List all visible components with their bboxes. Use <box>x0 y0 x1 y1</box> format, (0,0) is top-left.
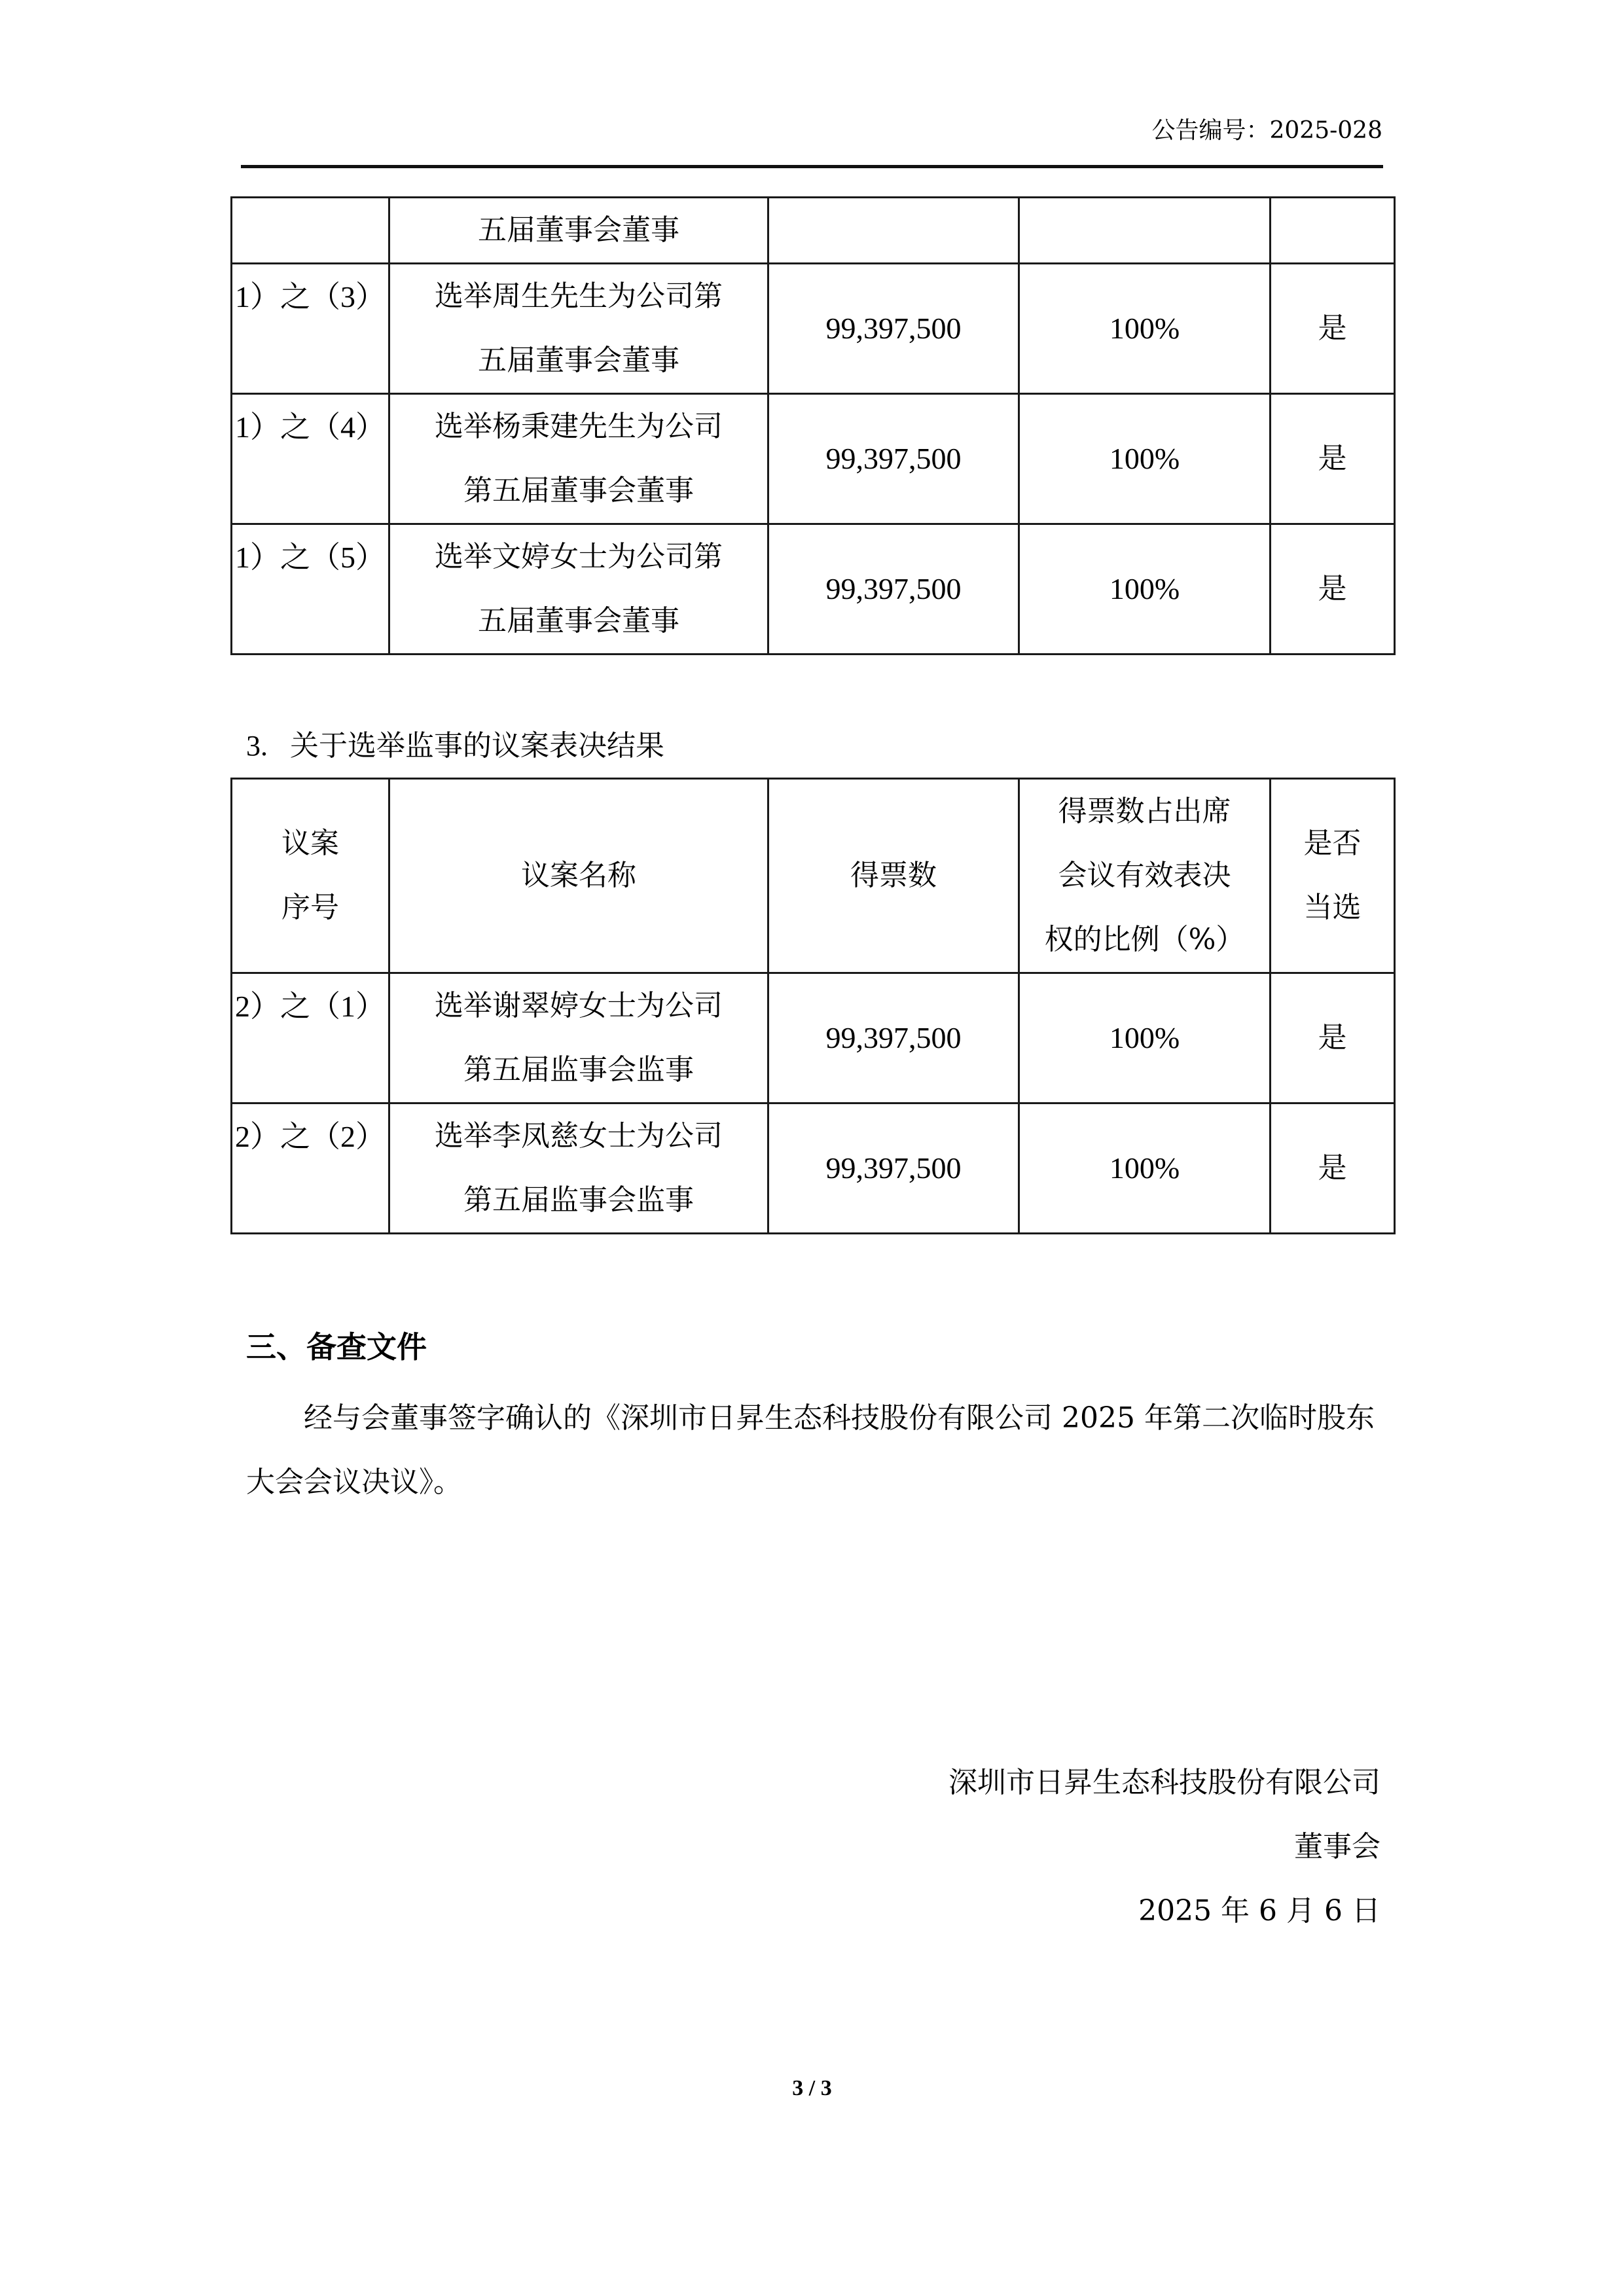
seq-cell: 2）之（2） <box>232 1103 389 1234</box>
votes-cell: 99,397,500 <box>768 524 1019 655</box>
proposal-name-cell: 选举文婷女士为公司第 五届董事会董事 <box>389 524 768 655</box>
header-pct: 得票数占出席 会议有效表决 权的比例（%） <box>1019 779 1271 973</box>
pct-cell: 100% <box>1019 524 1271 655</box>
pct-cell: 100% <box>1019 264 1271 394</box>
header-name: 议案名称 <box>389 779 768 973</box>
votes-cell <box>768 198 1019 264</box>
reference-docs-heading: 三、备查文件 <box>246 1327 427 1367</box>
table-row: 1）之（5） 选举文婷女士为公司第 五届董事会董事 99,397,500 100… <box>232 524 1395 655</box>
table-row: 2）之（1） 选举谢翠婷女士为公司 第五届监事会监事 99,397,500 10… <box>232 973 1395 1103</box>
section-number: 3. <box>246 730 268 762</box>
proposal-name-cell: 选举李凤慈女士为公司 第五届监事会监事 <box>389 1103 768 1234</box>
table-row: 五届董事会董事 <box>232 198 1395 264</box>
seq-cell: 1）之（3） <box>232 264 389 394</box>
pct-cell: 100% <box>1019 973 1271 1103</box>
section-3-title: 3.关于选举监事的议案表决结果 <box>246 728 664 764</box>
reference-docs-paragraph: 经与会董事签字确认的《深圳市日昇生态科技股份有限公司 2025 年第二次临时股东… <box>246 1386 1388 1515</box>
table-header-row: 议案 序号 议案名称 得票数 得票数占出席 会议有效表决 权的比例（%） 是否 … <box>232 779 1395 973</box>
signature-board: 董事会 <box>1294 1829 1380 1865</box>
elected-cell: 是 <box>1271 1103 1395 1234</box>
elected-cell <box>1271 198 1395 264</box>
proposal-name-cell: 选举谢翠婷女士为公司 第五届监事会监事 <box>389 973 768 1103</box>
proposal-name-cell: 选举杨秉建先生为公司 第五届董事会董事 <box>389 394 768 524</box>
proposal-name-cell: 选举周生先生为公司第 五届董事会董事 <box>389 264 768 394</box>
header-divider <box>241 165 1383 168</box>
director-election-table: 五届董事会董事 1）之（3） 选举周生先生为公司第 五届董事会董事 99,397… <box>230 196 1396 655</box>
seq-cell: 2）之（1） <box>232 973 389 1103</box>
votes-cell: 99,397,500 <box>768 264 1019 394</box>
pct-cell: 100% <box>1019 1103 1271 1234</box>
header-elected: 是否 当选 <box>1271 779 1395 973</box>
elected-cell: 是 <box>1271 973 1395 1103</box>
table-row: 1）之（3） 选举周生先生为公司第 五届董事会董事 99,397,500 100… <box>232 264 1395 394</box>
votes-cell: 99,397,500 <box>768 1103 1019 1234</box>
section-title-text: 关于选举监事的议案表决结果 <box>290 729 664 762</box>
header-votes: 得票数 <box>768 779 1019 973</box>
page-number: 3 / 3 <box>0 2076 1624 2101</box>
votes-cell: 99,397,500 <box>768 973 1019 1103</box>
seq-cell: 1）之（4） <box>232 394 389 524</box>
table-row: 2）之（2） 选举李凤慈女士为公司 第五届监事会监事 99,397,500 10… <box>232 1103 1395 1234</box>
signature-date: 2025 年 6 月 6 日 <box>1138 1893 1380 1929</box>
pct-cell <box>1019 198 1271 264</box>
announcement-number: 公告编号：2025-028 <box>982 117 1382 145</box>
seq-cell <box>232 198 389 264</box>
seq-cell: 1）之（5） <box>232 524 389 655</box>
elected-cell: 是 <box>1271 524 1395 655</box>
header-seq: 议案 序号 <box>232 779 389 973</box>
table-row: 1）之（4） 选举杨秉建先生为公司 第五届董事会董事 99,397,500 10… <box>232 394 1395 524</box>
elected-cell: 是 <box>1271 264 1395 394</box>
signature-company: 深圳市日昇生态科技股份有限公司 <box>948 1765 1380 1801</box>
elected-cell: 是 <box>1271 394 1395 524</box>
proposal-name-cell: 五届董事会董事 <box>389 198 768 264</box>
supervisor-election-table: 议案 序号 议案名称 得票数 得票数占出席 会议有效表决 权的比例（%） 是否 … <box>230 778 1396 1234</box>
pct-cell: 100% <box>1019 394 1271 524</box>
votes-cell: 99,397,500 <box>768 394 1019 524</box>
